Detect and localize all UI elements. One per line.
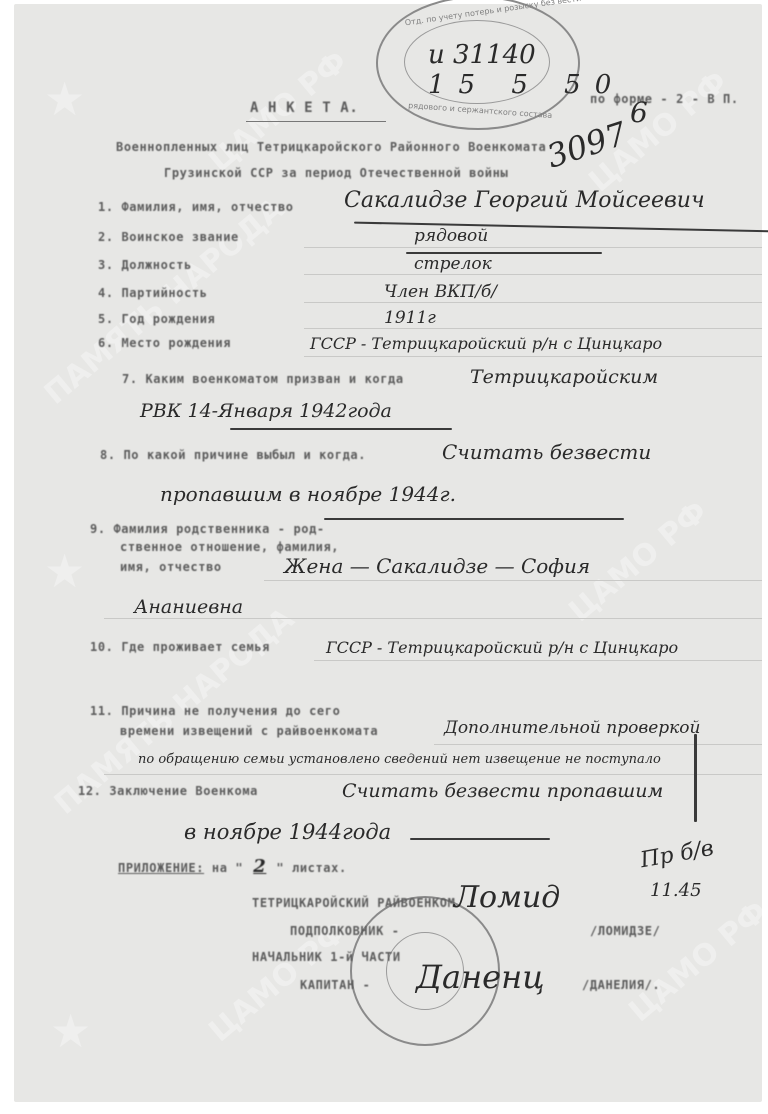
- field-9-label: 9. Фамилия родственника - род-: [90, 522, 325, 536]
- field-2-value: рядовой: [414, 226, 488, 246]
- signature-name-1: /ЛОМИДЗЕ/: [590, 924, 660, 938]
- field-6-label: 6. Место рождения: [98, 336, 231, 350]
- field-9-label-line-3: имя, отчество: [120, 560, 222, 574]
- page-number: 6: [630, 96, 648, 129]
- field-2-label: 2. Воинское звание: [98, 230, 239, 244]
- star-watermark-icon: ★: [44, 72, 85, 126]
- archive-number: и 31140: [428, 40, 536, 70]
- attachment-line: ПРИЛОЖЕНИЕ: на "2" листах.: [118, 856, 347, 877]
- field-12-label: 12. Заключение Военкома: [78, 784, 258, 798]
- field-5-value: 1911г: [384, 308, 436, 328]
- signature-rank-2: КАПИТАН -: [300, 978, 370, 992]
- field-11-label: 11. Причина не получения до сего: [90, 704, 340, 718]
- field-8-value-continued: пропавшим в ноябре 1944г.: [160, 482, 456, 506]
- signature-name-2: /ДАНЕЛИЯ/.: [582, 978, 660, 992]
- subtitle-line-2: Грузинской ССР за период Отечественной в…: [164, 166, 508, 180]
- margin-note-line-1: Пр б/в: [638, 836, 715, 873]
- field-7-label: 7. Каким военкоматом призван и когда: [122, 372, 404, 386]
- margin-note-line-2: 11.45: [650, 880, 702, 901]
- signature-2: Даненц: [416, 958, 545, 996]
- field-9-value: Жена — Сакалидзе — София: [284, 554, 590, 578]
- field-1-label: 1. Фамилия, имя, отчество: [98, 200, 294, 214]
- field-7-value: Тетрицкаройским: [470, 366, 658, 388]
- field-11-value-continued: по обращению семьи установлено сведений …: [138, 752, 661, 767]
- star-watermark-icon: ★: [50, 1004, 91, 1058]
- field-12-value: Считать безвести пропавшим: [342, 780, 663, 802]
- subtitle-line-1: Военнопленных лиц Тетрицкаройского Район…: [116, 140, 546, 154]
- field-11-label-line-2: времени извещений с райвоенкомата: [120, 724, 378, 738]
- field-6-value: ГССР - Тетрицкаройский р/н с Цинцкаро: [310, 334, 662, 353]
- document-page: ЦАМО РФ ЦАМО РФ ПАМЯТЬ НАРОДА ЦАМО РФ ПА…: [14, 4, 762, 1102]
- signature-1: Ломид: [454, 880, 560, 915]
- field-10-value: ГССР - Тетрицкаройский р/н с Цинцкаро: [326, 638, 678, 657]
- field-4-value: Член ВКП/б/: [384, 282, 497, 302]
- watermark: ЦАМО РФ: [622, 894, 768, 1029]
- star-watermark-icon: ★: [44, 544, 85, 598]
- field-10-label: 10. Где проживает семья: [90, 640, 270, 654]
- field-12-value-continued: в ноябре 1944года: [184, 820, 391, 844]
- signature-role-2: НАЧАЛЬНИК 1-й ЧАСТИ: [252, 950, 401, 964]
- signature-rank-1: ПОДПОЛКОВНИК -: [290, 924, 400, 938]
- field-3-value: стрелок: [414, 254, 492, 274]
- field-4-label: 4. Партийность: [98, 286, 208, 300]
- field-9-value-continued: Ананиевна: [134, 596, 243, 618]
- field-8-value: Считать безвести: [442, 440, 651, 464]
- field-8-label: 8. По какой причине выбыл и когда.: [100, 448, 366, 462]
- field-5-label: 5. Год рождения: [98, 312, 215, 326]
- document-title: А Н К Е Т А.: [250, 100, 358, 116]
- form-reference: по форме - 2 - В П.: [590, 92, 739, 106]
- signature-org: ТЕТРИЦКАРОЙСКИЙ РАЙВОЕНКОМ: [252, 896, 455, 910]
- field-11-value: Дополнительной проверкой: [444, 718, 701, 738]
- field-7-value-continued: РВК 14-Января 1942года: [140, 400, 392, 422]
- check-mark: [694, 734, 697, 822]
- field-1-value: Сакалидзе Георгий Мойсеевич: [344, 188, 705, 213]
- field-9-label-line-2: ственное отношение, фамилия,: [120, 540, 339, 554]
- field-3-label: 3. Должность: [98, 258, 192, 272]
